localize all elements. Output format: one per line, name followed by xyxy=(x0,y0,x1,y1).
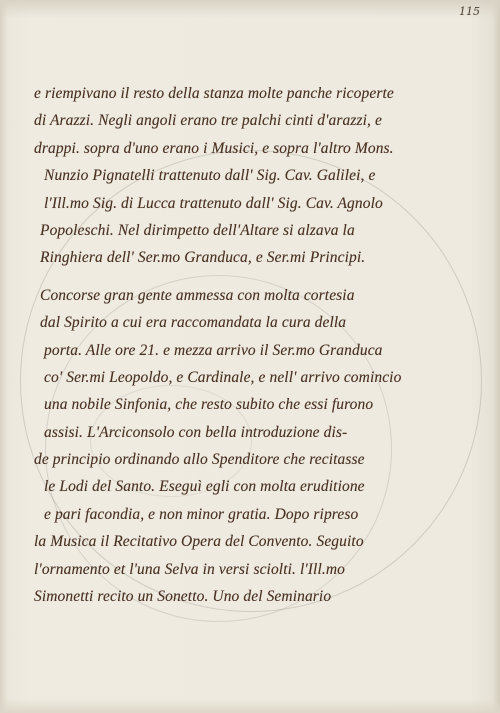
text-line: co' Ser.mi Leopoldo, e Cardinale, e nell… xyxy=(34,364,464,391)
text-line: Simonetti recito un Sonetto. Uno del Sem… xyxy=(34,583,464,610)
text-line: assisi. L'Arciconsolo con bella introduz… xyxy=(34,419,464,446)
manuscript-page: 115 e riempivano il resto della stanza m… xyxy=(0,0,500,713)
text-line: le Lodi del Santo. Eseguì egli con molta… xyxy=(34,473,464,500)
text-line: la Musica il Recitativo Opera del Conven… xyxy=(34,528,464,555)
text-line: porta. Alle ore 21. e mezza arrivo il Se… xyxy=(34,337,464,364)
text-line: e riempivano il resto della stanza molte… xyxy=(34,80,464,107)
text-line: Nunzio Pignatelli trattenuto dall' Sig. … xyxy=(34,162,464,189)
text-line: una nobile Sinfonia, che resto subito ch… xyxy=(34,391,464,418)
text-line: Concorse gran gente ammessa con molta co… xyxy=(34,282,464,309)
text-line: Popoleschi. Nel dirimpetto dell'Altare s… xyxy=(34,217,464,244)
text-line: e pari facondia, e non minor gratia. Dop… xyxy=(34,501,464,528)
text-line: l'ornamento et l'una Selva in versi scio… xyxy=(34,556,464,583)
text-line: di Arazzi. Negli angoli erano tre palchi… xyxy=(34,107,464,134)
page-number: 115 xyxy=(459,5,480,18)
text-line: dal Spirito a cui era raccomandata la cu… xyxy=(34,309,464,336)
text-line: de principio ordinando allo Spenditore c… xyxy=(34,446,464,473)
text-line: drappi. sopra d'uno erano i Musici, e so… xyxy=(34,135,464,162)
text-line: l'Ill.mo Sig. di Lucca trattenuto dall' … xyxy=(34,190,464,217)
text-line: Ringhiera dell' Ser.mo Granduca, e Ser.m… xyxy=(34,244,464,271)
manuscript-text-block: e riempivano il resto della stanza molte… xyxy=(34,80,464,610)
